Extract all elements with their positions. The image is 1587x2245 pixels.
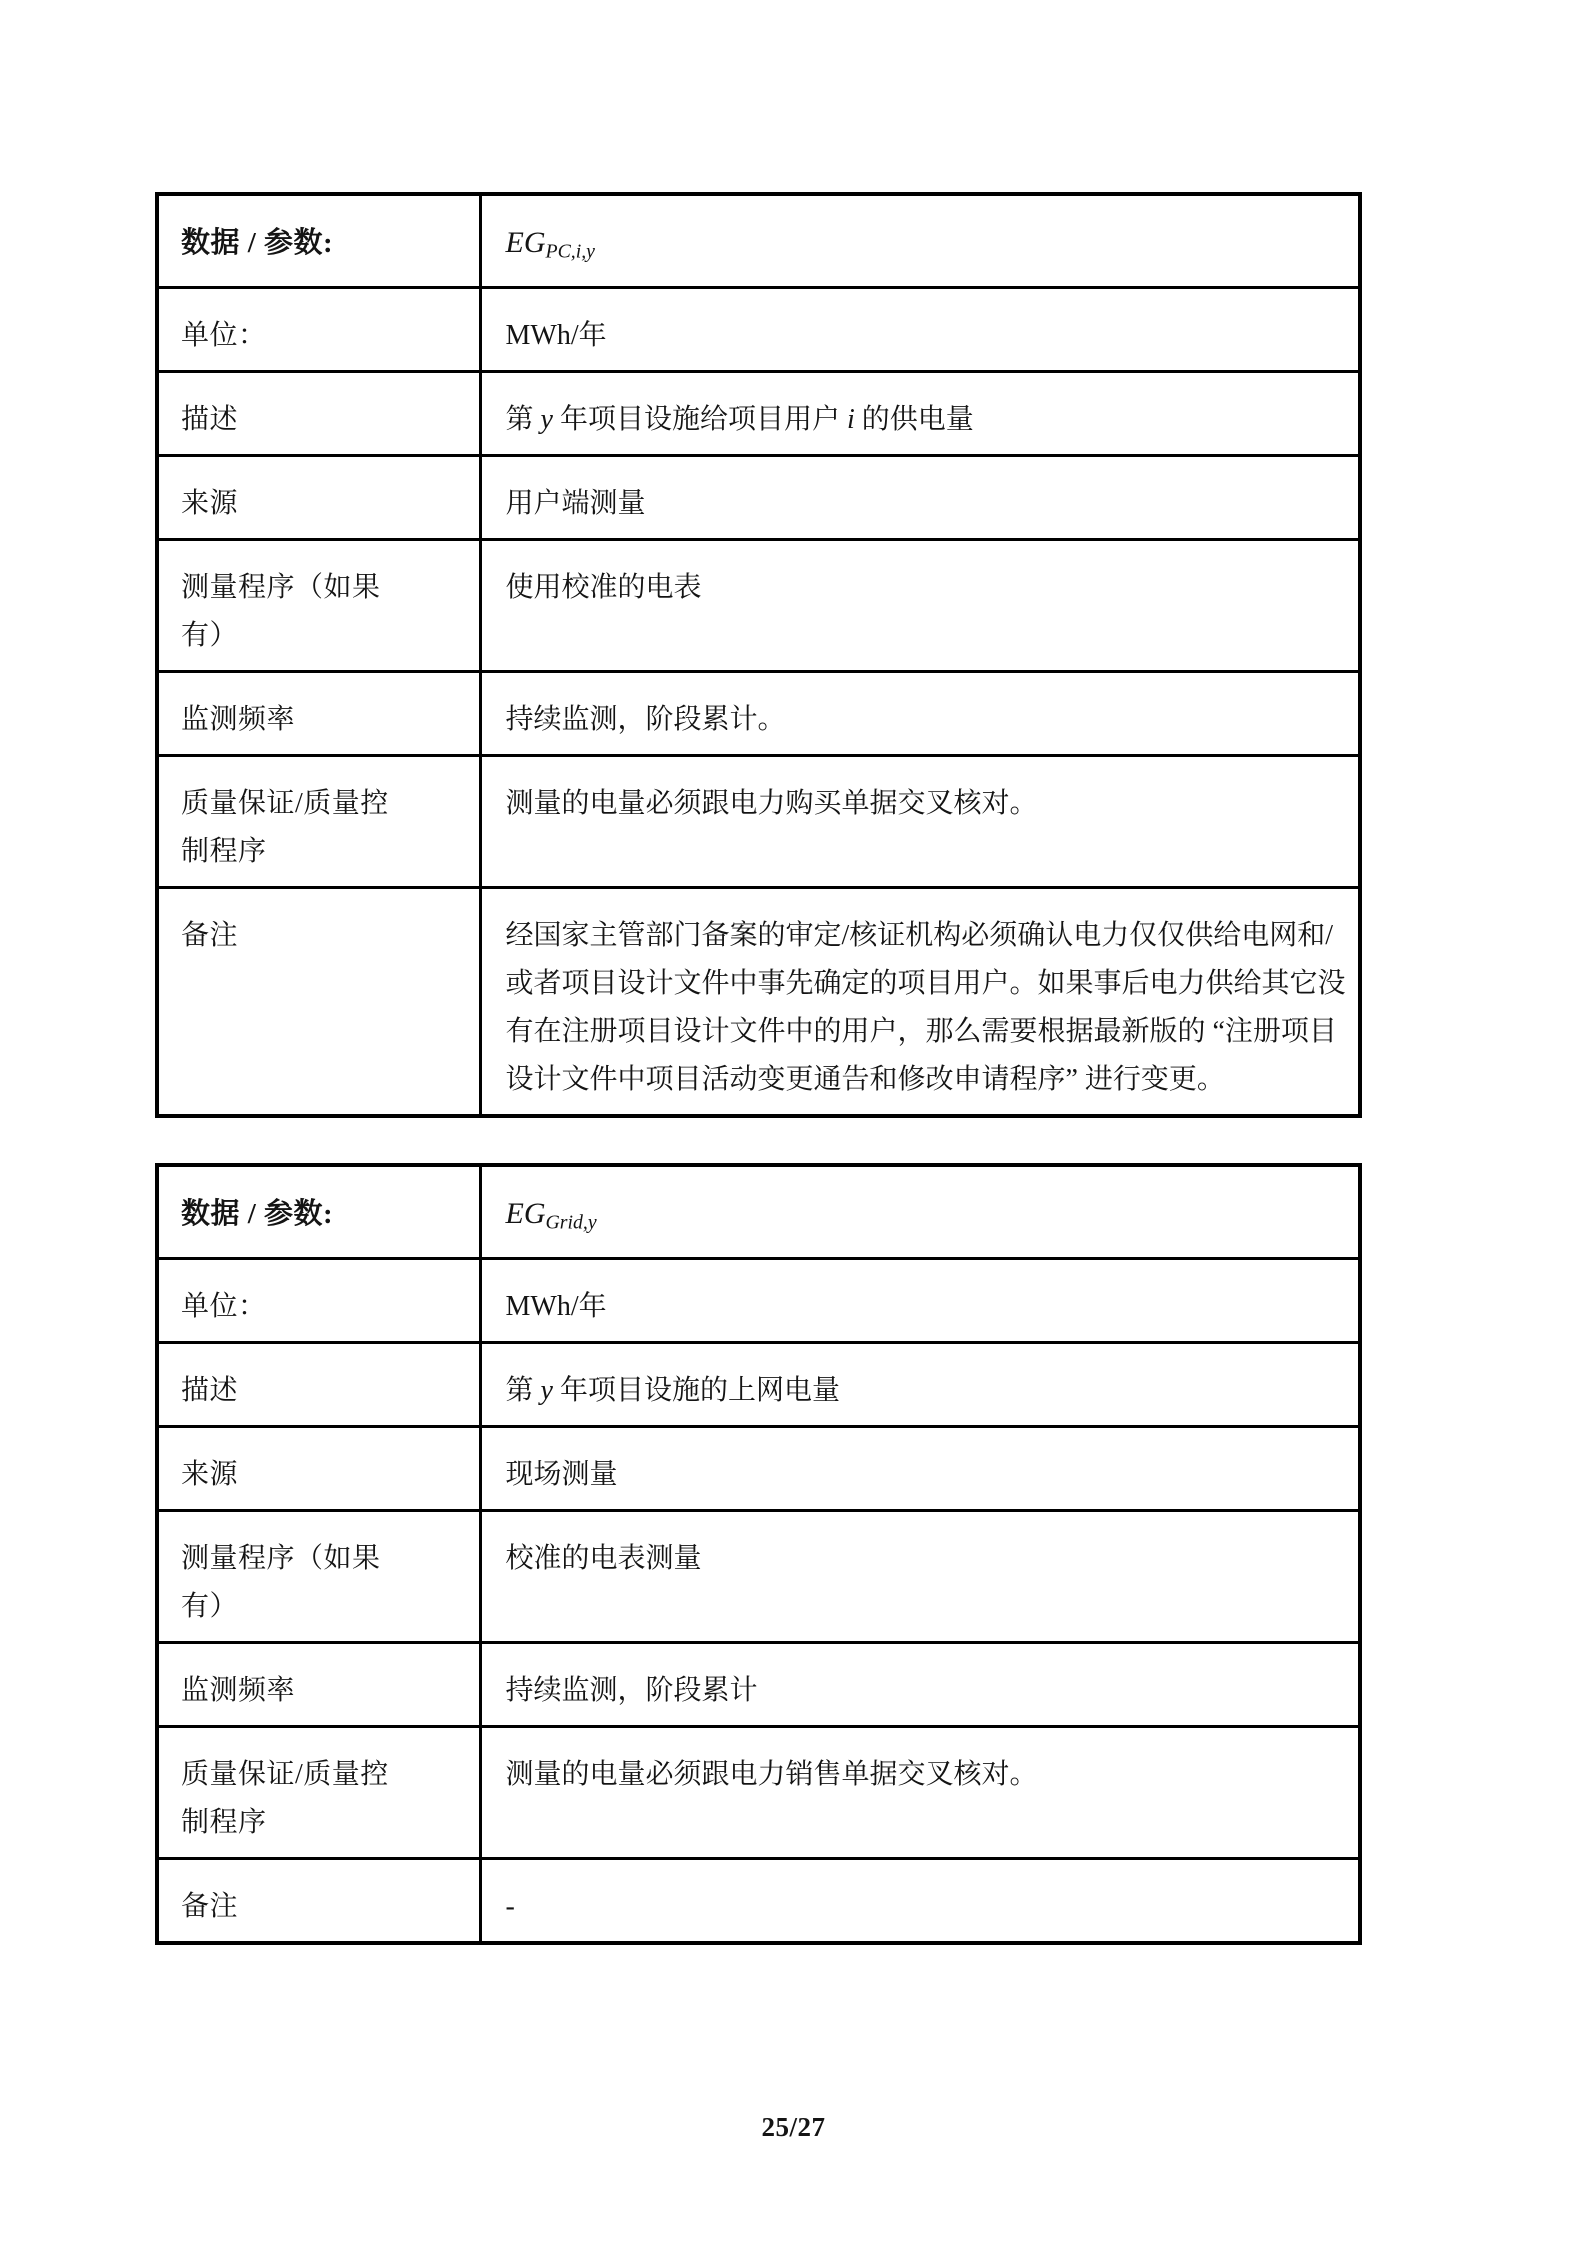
description-value: 第 y 年项目设施给项目用户 i 的供电量	[480, 371, 1360, 455]
qaqc-label: 质量保证/质量控 制程序	[157, 755, 480, 887]
table-row: 单位： MWh/年	[157, 1258, 1360, 1342]
description-value: 第 y 年项目设施的上网电量	[480, 1342, 1360, 1426]
param-formula: EGPC,i,y	[480, 194, 1360, 287]
table-row: 测量程序（如果 有） 使用校准的电表	[157, 539, 1360, 671]
remarks-label: 备注	[157, 1858, 480, 1943]
monitoring-frequency-label: 监测频率	[157, 1642, 480, 1726]
description-label: 描述	[157, 371, 480, 455]
remarks-value: -	[480, 1858, 1360, 1943]
source-value: 用户端测量	[480, 455, 1360, 539]
source-label: 来源	[157, 1426, 480, 1510]
table-row: 质量保证/质量控 制程序 测量的电量必须跟电力销售单据交叉核对。	[157, 1726, 1360, 1858]
source-label: 来源	[157, 455, 480, 539]
unit-label: 单位：	[157, 287, 480, 371]
table-row: 描述 第 y 年项目设施给项目用户 i 的供电量	[157, 371, 1360, 455]
measurement-procedure-label: 测量程序（如果 有）	[157, 1510, 480, 1642]
table-row: 数据 / 参数: EGPC,i,y	[157, 194, 1360, 287]
table-row: 数据 / 参数: EGGrid,y	[157, 1165, 1360, 1258]
unit-value: MWh/年	[480, 287, 1360, 371]
measurement-procedure-value: 使用校准的电表	[480, 539, 1360, 671]
qaqc-value: 测量的电量必须跟电力销售单据交叉核对。	[480, 1726, 1360, 1858]
unit-value: MWh/年	[480, 1258, 1360, 1342]
table-row: 测量程序（如果 有） 校准的电表测量	[157, 1510, 1360, 1642]
table-row: 备注 经国家主管部门备案的审定/核证机构必须确认电力仅仅供给电网和/ 或者项目设…	[157, 887, 1360, 1116]
page-number: 25/27	[0, 2112, 1587, 2143]
table-row: 质量保证/质量控 制程序 测量的电量必须跟电力购买单据交叉核对。	[157, 755, 1360, 887]
monitoring-frequency-value: 持续监测，阶段累计	[480, 1642, 1360, 1726]
parameter-table-eg-pc: 数据 / 参数: EGPC,i,y 单位： MWh/年 描述 第 y 年项目设施…	[155, 192, 1362, 1118]
measurement-procedure-label: 测量程序（如果 有）	[157, 539, 480, 671]
monitoring-frequency-label: 监测频率	[157, 671, 480, 755]
table-row: 单位： MWh/年	[157, 287, 1360, 371]
remarks-label: 备注	[157, 887, 480, 1116]
table-row: 监测频率 持续监测，阶段累计	[157, 1642, 1360, 1726]
table-row: 来源 用户端测量	[157, 455, 1360, 539]
measurement-procedure-value: 校准的电表测量	[480, 1510, 1360, 1642]
monitoring-frequency-value: 持续监测，阶段累计。	[480, 671, 1360, 755]
unit-label: 单位：	[157, 1258, 480, 1342]
document-page: 数据 / 参数: EGPC,i,y 单位： MWh/年 描述 第 y 年项目设施…	[0, 0, 1587, 2245]
table-row: 备注 -	[157, 1858, 1360, 1943]
qaqc-value: 测量的电量必须跟电力购买单据交叉核对。	[480, 755, 1360, 887]
parameter-table-eg-grid: 数据 / 参数: EGGrid,y 单位： MWh/年 描述 第 y 年项目设施…	[155, 1163, 1362, 1945]
param-header-label: 数据 / 参数:	[157, 194, 480, 287]
qaqc-label: 质量保证/质量控 制程序	[157, 1726, 480, 1858]
param-header-label: 数据 / 参数:	[157, 1165, 480, 1258]
table-row: 来源 现场测量	[157, 1426, 1360, 1510]
source-value: 现场测量	[480, 1426, 1360, 1510]
remarks-value: 经国家主管部门备案的审定/核证机构必须确认电力仅仅供给电网和/ 或者项目设计文件…	[480, 887, 1360, 1116]
param-formula: EGGrid,y	[480, 1165, 1360, 1258]
table-row: 描述 第 y 年项目设施的上网电量	[157, 1342, 1360, 1426]
description-label: 描述	[157, 1342, 480, 1426]
table-row: 监测频率 持续监测，阶段累计。	[157, 671, 1360, 755]
